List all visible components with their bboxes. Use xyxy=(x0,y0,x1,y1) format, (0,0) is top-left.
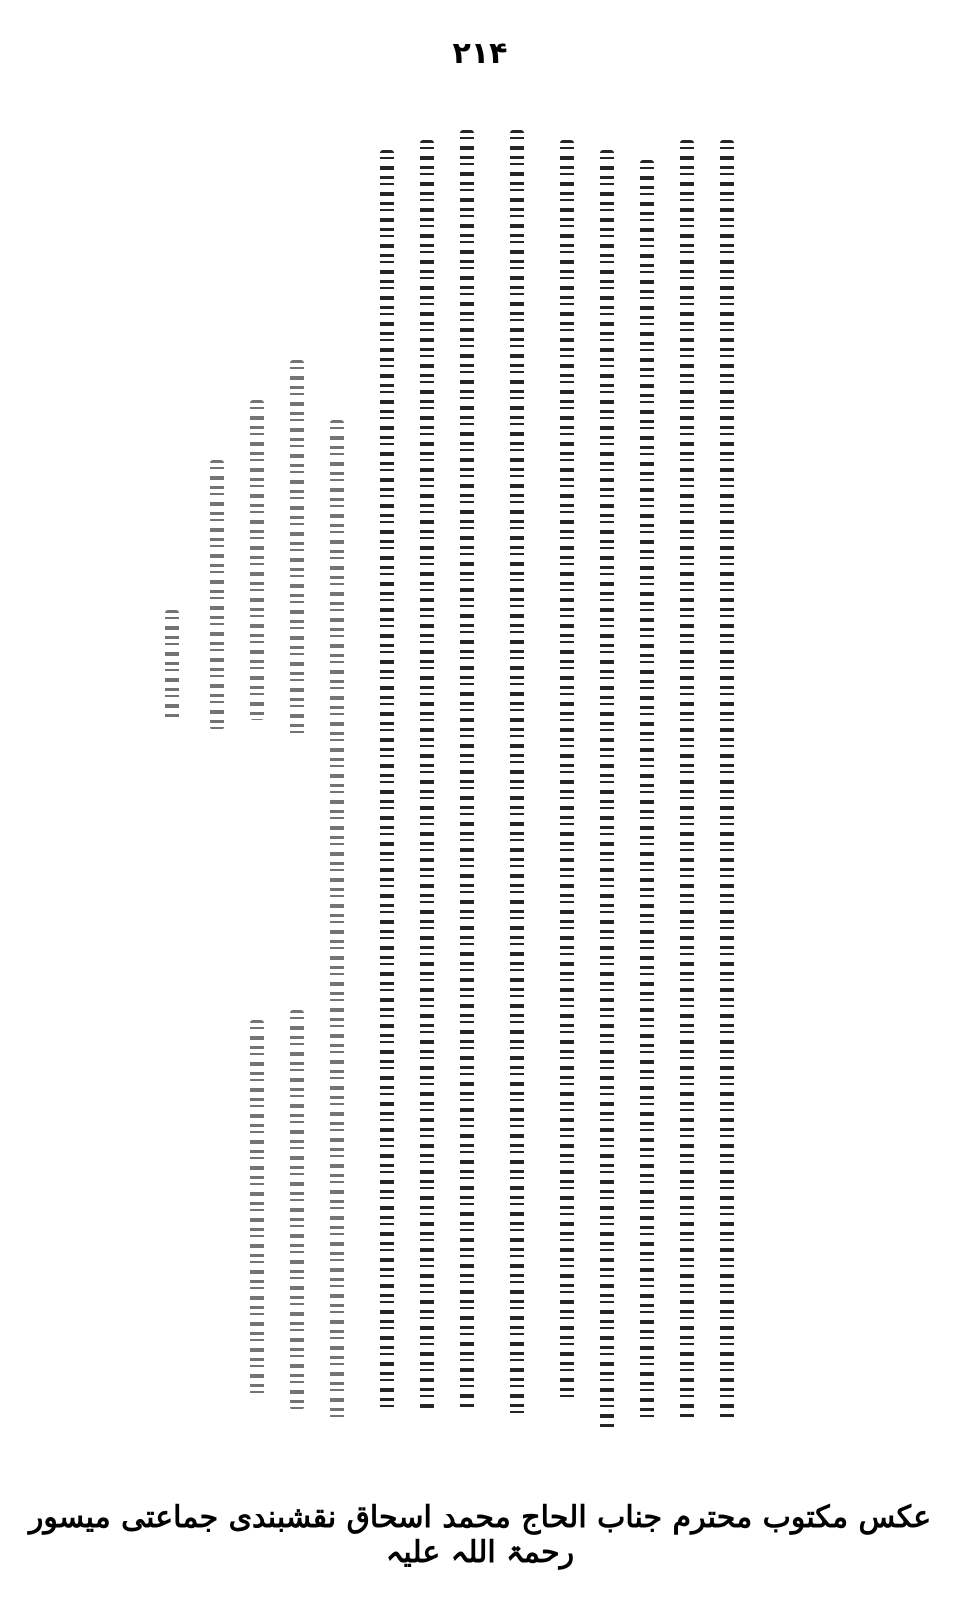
handwritten-line xyxy=(165,610,179,720)
figure-caption: عکس مکتوب محترم جناب الحاج محمد اسحاق نق… xyxy=(0,1500,960,1570)
handwritten-line xyxy=(250,1020,264,1400)
handwritten-line xyxy=(210,460,224,730)
handwritten-line xyxy=(560,140,574,1400)
handwritten-line xyxy=(600,150,614,1430)
handwritten-line xyxy=(420,140,434,1410)
handwritten-line xyxy=(460,130,474,1410)
handwritten-line xyxy=(720,140,734,1420)
handwritten-line xyxy=(250,400,264,720)
handwritten-line xyxy=(680,140,694,1420)
handwritten-line xyxy=(510,130,524,1420)
handwritten-line xyxy=(640,160,654,1420)
handwritten-line xyxy=(330,420,344,1420)
handwritten-line xyxy=(290,360,304,740)
handwritten-line xyxy=(290,1010,304,1410)
handwritten-line xyxy=(380,150,394,1410)
handwritten-letter-image xyxy=(150,120,790,1440)
page-number: ۲۱۴ xyxy=(0,36,960,71)
